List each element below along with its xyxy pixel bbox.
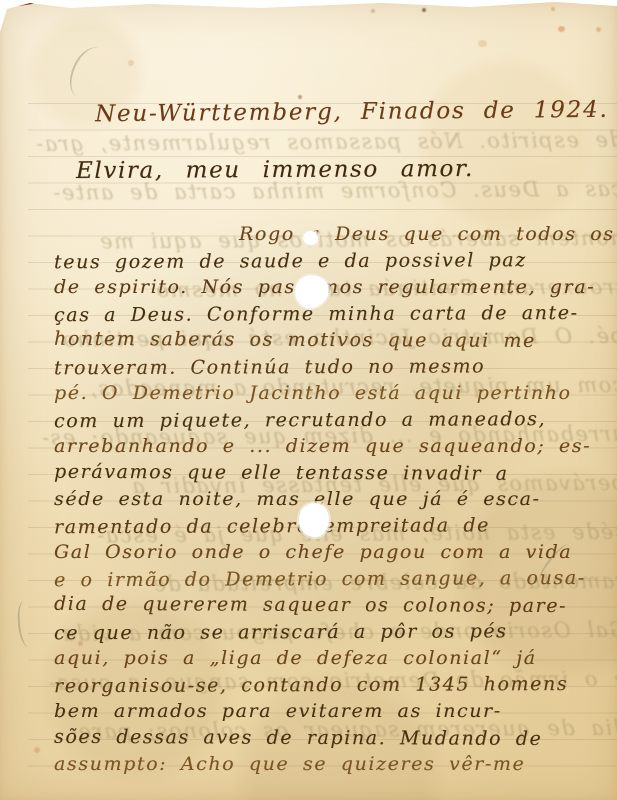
letter-line: pé. O Demetrio Jacintho está aqui pertin… — [54, 380, 617, 407]
letter-line: arrebanhando e ... dizem que saqueando; … — [54, 433, 617, 460]
letter-line: Rogo a Deus que com todos os — [54, 221, 617, 248]
letter-line: dia de quererem saquear os colonos; pare… — [54, 591, 617, 620]
foxing-spot — [551, 7, 555, 11]
pencil-mark — [62, 41, 115, 104]
letter-line: com um piquete, recrutando a maneados, — [54, 405, 617, 434]
paper-edge-mark — [16, 0, 35, 6]
pencil-mark — [16, 600, 37, 647]
letter-line: trouxeram. Continúa tudo no mesmo — [54, 352, 617, 381]
foxing-spot — [558, 26, 565, 32]
scanned-letter-page: de espirito. Nós passamos regularmente, … — [0, 0, 617, 800]
letter-line: teus gozem de saude e da possivel paz — [54, 246, 617, 275]
foxing-spot — [34, 747, 40, 753]
foxing-spot — [371, 9, 375, 13]
letter-line: hontem saberás os motivos que aqui me — [54, 326, 617, 355]
foxing-spot — [596, 27, 601, 32]
letter-line: de espirito. Nós passamos regularmente, … — [54, 274, 617, 301]
foxing-spot — [298, 95, 302, 99]
letter-line: bem armados para evitarem as incur- — [54, 698, 617, 725]
letter-line: e o irmão do Demetrio com sangue, a ousa… — [54, 564, 617, 593]
letter-line: ramentado da celebre empreitada de — [54, 511, 617, 540]
letter-line: reorganisou-se, contando com 1345 homens — [54, 670, 617, 699]
foxing-spot — [422, 8, 426, 12]
salutation: Elvira, meu immenso amor. — [76, 156, 474, 184]
letter-line: assumpto: Acho que se quizeres vêr-me — [54, 751, 617, 778]
letter-paper: de espirito. Nós passamos regularmente, … — [0, 0, 617, 800]
foxing-spot — [78, 641, 83, 646]
letter-line: Gal Osorio onde o chefe pagou com a vida — [54, 539, 617, 566]
letter-line: ce que não se arriscará a pôr os pés — [54, 617, 617, 646]
letter-line: perávamos que elle tentasse invadir a — [54, 458, 617, 487]
foxing-spot — [128, 60, 134, 66]
letter-body: Rogo a Deus que com todos os teus gozem … — [54, 221, 617, 778]
letter-line: ças a Deus. Conforme minha carta de ante… — [54, 299, 617, 328]
foxing-spot — [478, 40, 487, 47]
letter-line: sões dessas aves de rapina. Mudando de — [54, 723, 617, 752]
letter-line: aqui, pois a „liga de defeza colonial“ j… — [54, 645, 617, 672]
letter-line: séde esta noite, mas elle que já é esca- — [54, 486, 617, 513]
dateline: Neu-Württemberg, Finados de 1924. — [95, 97, 609, 127]
